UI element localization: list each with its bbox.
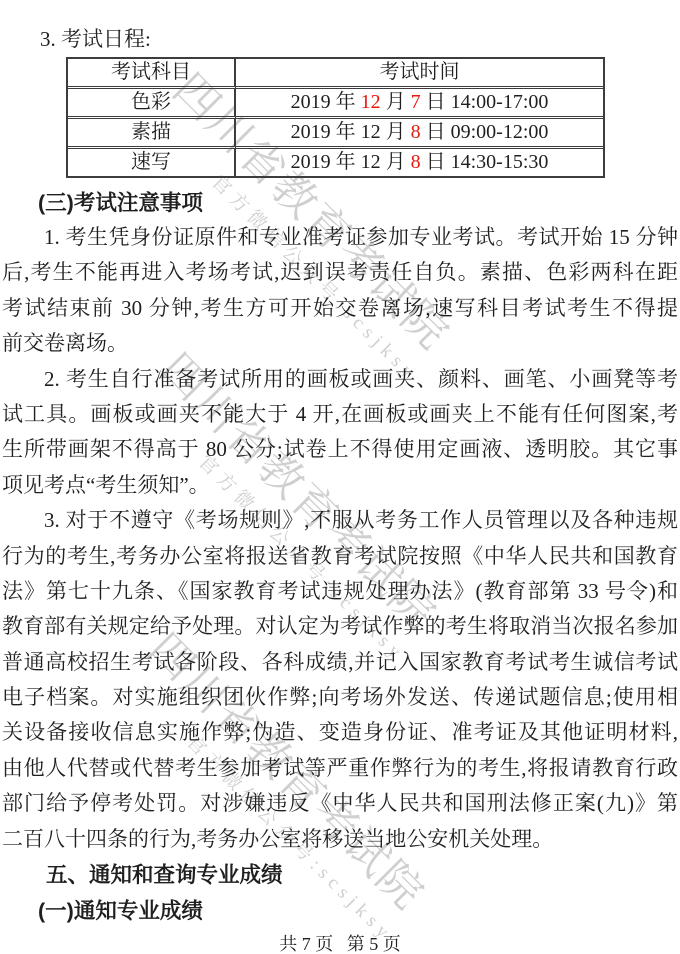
- header-time: 考试时间: [236, 59, 603, 89]
- subject-cell: 速写: [68, 149, 236, 176]
- section-heading-notes: (三)考试注意事项: [0, 186, 680, 220]
- table-row: 素描2019 年 12 月 8 日 09:00-12:00: [68, 119, 603, 149]
- text-line: 教育部有关规定给予处理。对认定为考试作弊的考生将取消当次报名参加: [0, 609, 680, 644]
- text-line: 1. 考生凭身份证原件和专业准考证参加专业考试。考试开始 15 分钟: [0, 220, 680, 255]
- subject-cell: 素描: [68, 119, 236, 149]
- time-highlight: 12: [361, 91, 381, 113]
- table-row: 色彩2019 年 12 月 7 日 14:00-17:00: [68, 89, 603, 119]
- time-text: 2019 年 12 月: [291, 121, 411, 143]
- time-text: 日 14:00-17:00: [421, 91, 549, 113]
- page-footer: 共 7 页 第 5 页: [0, 933, 680, 954]
- text-line: 电子档案。对实施组织团伙作弊;向考场外发送、传递试题信息;使用相: [0, 680, 680, 715]
- text-line: 生所带画架不得高于 80 公分;试卷上不得使用定画液、透明胶。其它事: [0, 432, 680, 467]
- section-heading-notify: (一)通知专业成绩: [0, 893, 680, 929]
- text-line: 试工具。画板或画夹不能大于 4 开,在画板或画夹上不能有任何图案,考: [0, 397, 680, 432]
- time-highlight: 8: [411, 121, 421, 143]
- text-line: 后,考生不能再进入考场考试,迟到误考责任自负。素描、色彩两科在距: [0, 255, 680, 290]
- text-line: 3. 对于不遵守《考场规则》,不服从考务工作人员管理以及各种违规: [0, 503, 680, 538]
- time-highlight: 8: [411, 151, 421, 173]
- text-line: 部门给予停考处罚。对涉嫌违反《中华人民共和国刑法修正案(九)》第: [0, 786, 680, 821]
- time-cell: 2019 年 12 月 8 日 14:30-15:30: [236, 149, 603, 176]
- header-subject: 考试科目: [68, 59, 236, 89]
- text-line: 二百八十四条的行为,考务办公室将移送当地公安机关处理。: [0, 822, 680, 857]
- text-line: 关设备接收信息实施作弊;伪造、变造身份证、准考证及其他证明材料,: [0, 715, 680, 750]
- time-text: 日 09:00-12:00: [421, 121, 549, 143]
- schedule-heading: 3. 考试日程:: [0, 24, 680, 54]
- time-text: 2019 年: [291, 91, 361, 113]
- exam-schedule-tbody: 色彩2019 年 12 月 7 日 14:00-17:00素描2019 年 12…: [68, 89, 603, 176]
- text-line: 考试结束前 30 分钟,考生方可开始交卷离场,速写科目考试考生不得提: [0, 291, 680, 326]
- subject-cell: 色彩: [68, 89, 236, 119]
- text-line: 项见考点“考生须知”。: [0, 468, 680, 503]
- time-text: 月: [381, 91, 411, 113]
- time-cell: 2019 年 12 月 8 日 09:00-12:00: [236, 119, 603, 149]
- table-header-row: 考试科目 考试时间: [68, 59, 603, 89]
- text-line: 2. 考生自行准备考试所用的画板或画夹、颜料、画笔、小画凳等考: [0, 362, 680, 397]
- document-page: 四川省教育考试院 官方微信公众号:scsjksy 四川省教育考试院 官方微信公众…: [0, 0, 680, 954]
- exam-schedule-table: 考试科目 考试时间 色彩2019 年 12 月 7 日 14:00-17:00素…: [66, 57, 605, 178]
- text-line: 法》第七十九条、《国家教育考试违规处理办法》(教育部第 33 号令)和: [0, 574, 680, 609]
- section-heading-results: 五、通知和查询专业成绩: [0, 857, 680, 893]
- notes-paragraphs: 1. 考生凭身份证原件和专业准考证参加专业考试。考试开始 15 分钟后,考生不能…: [0, 220, 680, 857]
- text-line: 前交卷离场。: [0, 326, 680, 361]
- table-row: 速写2019 年 12 月 8 日 14:30-15:30: [68, 149, 603, 176]
- time-text: 2019 年 12 月: [291, 151, 411, 173]
- time-cell: 2019 年 12 月 7 日 14:00-17:00: [236, 89, 603, 119]
- text-line: 由他人代替或代替考生参加考试等严重作弊行为的考生,将报请教育行政: [0, 751, 680, 786]
- time-highlight: 7: [411, 91, 421, 113]
- text-line: 行为的考生,考务办公室将报送省教育考试院按照《中华人民共和国教育: [0, 539, 680, 574]
- time-text: 日 14:30-15:30: [421, 151, 549, 173]
- text-line: 普通高校招生考试各阶段、各科成绩,并记入国家教育考试考生诚信考试: [0, 645, 680, 680]
